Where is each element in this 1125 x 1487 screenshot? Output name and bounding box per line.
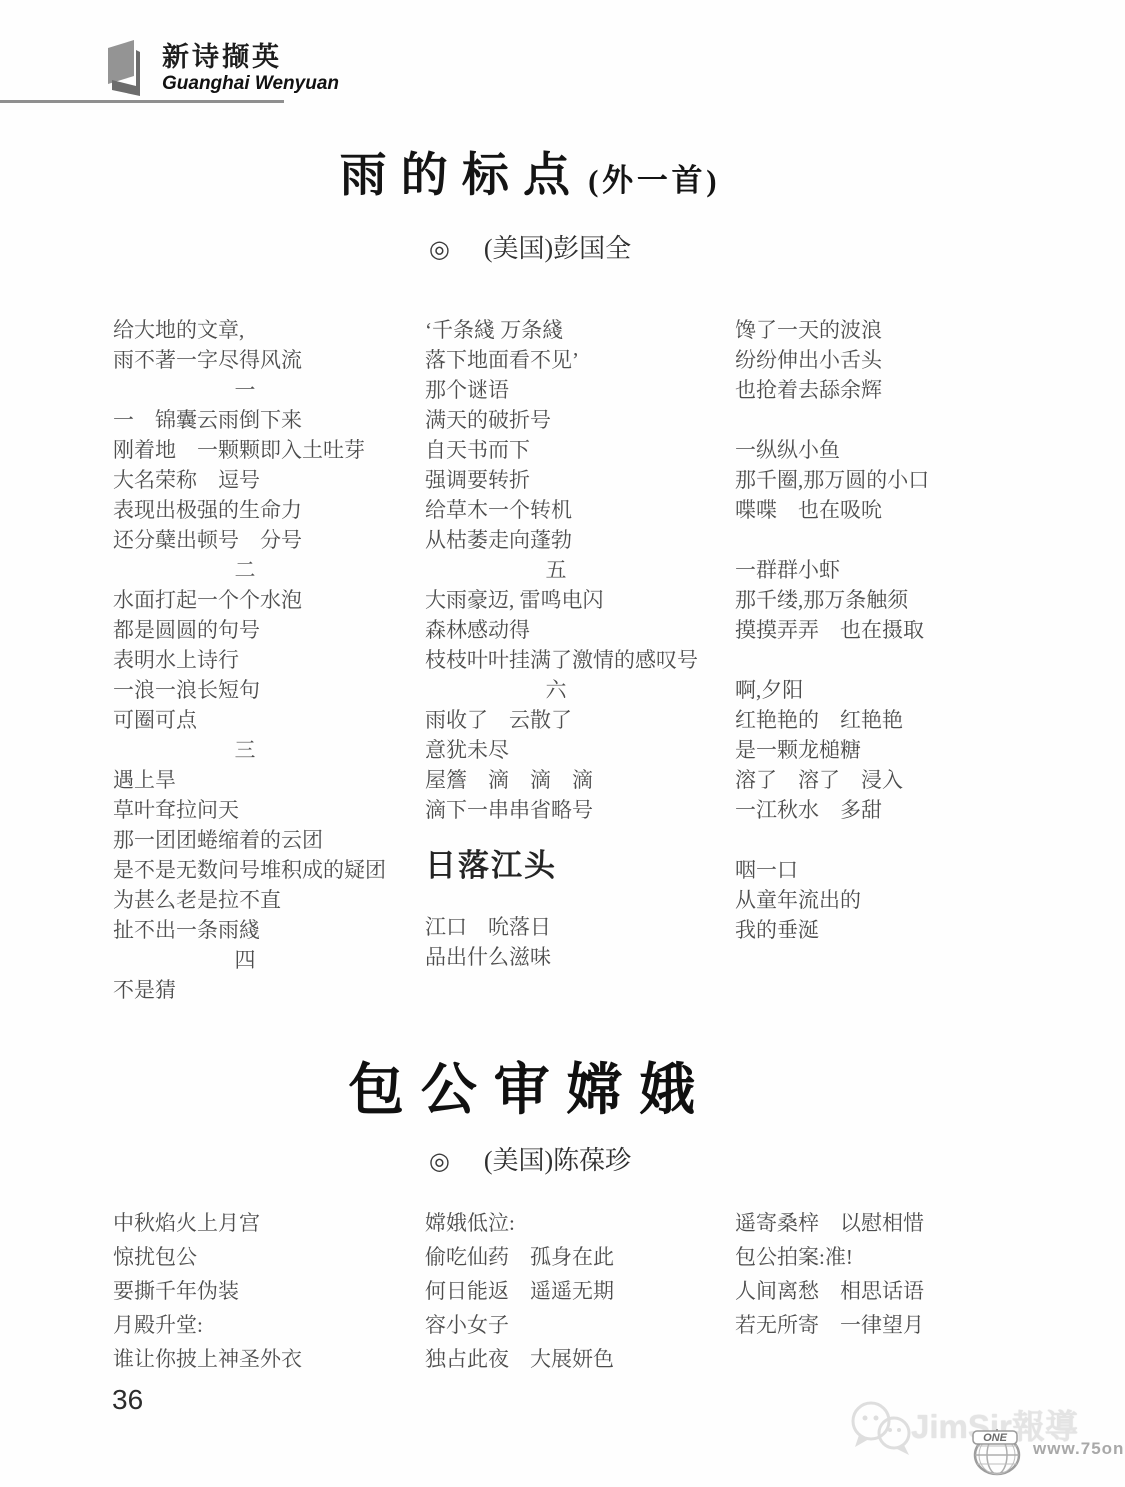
poem-line: 那个谜语: [425, 375, 735, 405]
poem-line: 屋簷 滴 滴 滴: [425, 765, 735, 795]
poem2-column-1: 中秋焰火上月宫惊扰包公要撕千年伪装月殿升堂:谁让你披上神圣外衣: [113, 1206, 425, 1376]
poem-line: 嫦娥低泣:: [425, 1206, 735, 1240]
poem-line: 独占此夜 大展妍色: [425, 1342, 735, 1376]
poem2-author: ◎(美国)陈葆珍: [0, 1140, 1060, 1177]
stanza-gap: [735, 645, 1013, 675]
poem-line: 江口 吮落日: [425, 912, 735, 942]
poem-line: 谁让你披上神圣外衣: [113, 1342, 425, 1376]
poem-line: 一群群小虾: [735, 555, 1013, 585]
poem-line: 从枯萎走向蓬勃: [425, 525, 735, 555]
poem-line: 那一团团蜷缩着的云团: [113, 825, 425, 855]
poem-line: 可圈可点: [113, 705, 425, 735]
poem-line: 中秋焰火上月宫: [113, 1206, 425, 1240]
poem-line: 为甚么老是拉不直: [113, 885, 425, 915]
poem1-author: ◎(美国)彭国全: [0, 228, 1060, 265]
poem-line: 咽一口: [735, 855, 1013, 885]
poem-line: 人间离愁 相思话语: [735, 1274, 1013, 1308]
poem-line: 一浪一浪长短句: [113, 675, 425, 705]
open-book-icon: [104, 38, 152, 98]
watermark: JimSir報導 ONE www.75one.cn: [845, 1387, 1125, 1487]
stanza-number: 三: [113, 735, 425, 765]
poem-line: 也抢着去舔余辉: [735, 375, 1013, 405]
poem-line: ‘千条綫 万条綫: [425, 315, 735, 345]
poem-line: 一江秋水 多甜: [735, 795, 1013, 825]
poem-line: 还分蘖出顿号 分号: [113, 525, 425, 555]
poem-line: 强调要转折: [425, 465, 735, 495]
poem-line: 是不是无数问号堆积成的疑团: [113, 855, 425, 885]
poem-line: 那千缕,那万条触须: [735, 585, 1013, 615]
poem-line: 品出什么滋味: [425, 942, 735, 972]
chat-bubbles-icon: [847, 1399, 919, 1461]
poem-line: 摸摸弄弄 也在摄取: [735, 615, 1013, 645]
poem-line: 自天书而下: [425, 435, 735, 465]
poem-line: 表现出极强的生命力: [113, 495, 425, 525]
poem1-title: 雨的标点(外一首): [0, 138, 1060, 205]
poem-line: 纷纷伸出小舌头: [735, 345, 1013, 375]
watermark-url: www.75one.cn: [1033, 1439, 1125, 1459]
poem-line: 那千圈,那万圆的小口: [735, 465, 1013, 495]
poem-line: 是一颗龙槌糖: [735, 735, 1013, 765]
poem-line: 水面打起一个个水泡: [113, 585, 425, 615]
poem-line: 馋了一天的波浪: [735, 315, 1013, 345]
poem-line: 若无所寄 一律望月: [735, 1308, 1013, 1342]
poem-line: 要撕千年伪装: [113, 1274, 425, 1308]
poem1-author-name: (美国)彭国全: [484, 234, 631, 263]
stanza-gap: [735, 825, 1013, 855]
poem-line: 森林感动得: [425, 615, 735, 645]
poem-line: 满天的破折号: [425, 405, 735, 435]
poem-line: 包公拍案:准!: [735, 1240, 1013, 1274]
poem1-column-3: 馋了一天的波浪纷纷伸出小舌头也抢着去舔余辉一纵纵小鱼那千圈,那万圆的小口喋喋 也…: [735, 315, 1013, 1005]
brand-title: 新诗撷英: [162, 42, 339, 72]
poem-line: 遇上旱: [113, 765, 425, 795]
poem-line: 给大地的文章,: [113, 315, 425, 345]
poem-line: 大雨豪迈, 雷鸣电闪: [425, 585, 735, 615]
watermark-one-label: ONE: [983, 1432, 1008, 1444]
brand-text: 新诗撷英 Guanghai Wenyuan: [162, 42, 339, 96]
poem-line: 何日能返 遥遥无期: [425, 1274, 735, 1308]
poem-line: 一 锦囊云雨倒下来: [113, 405, 425, 435]
poem-line: 都是圆圆的句号: [113, 615, 425, 645]
poem-line: 惊扰包公: [113, 1240, 425, 1274]
poem-line: 我的垂涎: [735, 915, 1013, 945]
poem-line: 一纵纵小鱼: [735, 435, 1013, 465]
poem-line: 刚着地 一颗颗即入土吐芽: [113, 435, 425, 465]
poem-line: 枝枝叶叶挂满了激情的感叹号: [425, 645, 735, 675]
poem1-title-suffix: (外一首): [588, 163, 720, 198]
stanza-gap: [735, 405, 1013, 435]
poem-line: 雨不著一字尽得风流: [113, 345, 425, 375]
brand-header: 新诗撷英 Guanghai Wenyuan: [104, 38, 339, 98]
poem2-columns: 中秋焰火上月宫惊扰包公要撕千年伪装月殿升堂:谁让你披上神圣外衣 嫦娥低泣:偷吃仙…: [113, 1206, 1103, 1376]
poem1-column-1: 给大地的文章,雨不著一字尽得风流一一 锦囊云雨倒下来刚着地 一颗颗即入土吐芽大名…: [113, 315, 425, 1005]
poem-line: 啊,夕阳: [735, 675, 1013, 705]
poem-line: 落下地面看不见’: [425, 345, 735, 375]
stanza-gap: [735, 525, 1013, 555]
stanza-number: 五: [425, 555, 735, 585]
poem-line: 溶了 溶了 浸入: [735, 765, 1013, 795]
stanza-number: 四: [113, 945, 425, 975]
poem-line: 从童年流出的: [735, 885, 1013, 915]
stanza-number: 一: [113, 375, 425, 405]
poem-line: 偷吃仙药 孤身在此: [425, 1240, 735, 1274]
globe-one-icon: ONE: [967, 1427, 1029, 1479]
poem-line: 遥寄桑梓 以慰相惜: [735, 1206, 1013, 1240]
poem-line: 雨收了 云散了: [425, 705, 735, 735]
poem2-column-3: 遥寄桑梓 以慰相惜包公拍案:准!人间离愁 相思话语若无所寄 一律望月: [735, 1206, 1013, 1376]
stanza-number: 二: [113, 555, 425, 585]
page-number: 36: [112, 1384, 143, 1416]
poem-line: 扯不出一条雨綫: [113, 915, 425, 945]
poem-line: 容小女子: [425, 1308, 735, 1342]
poem-line: 草叶耷拉问天: [113, 795, 425, 825]
stanza-number: 六: [425, 675, 735, 705]
poem1-column-2: ‘千条綫 万条綫落下地面看不见’那个谜语满天的破折号自天书而下强调要转折给草木一…: [425, 315, 735, 1005]
poem1-title-main: 雨的标点: [340, 150, 584, 202]
poem-line: 给草木一个转机: [425, 495, 735, 525]
author-mark-icon: ◎: [429, 237, 450, 263]
poem-line: 表明水上诗行: [113, 645, 425, 675]
poem2-column-2: 嫦娥低泣:偷吃仙药 孤身在此何日能返 遥遥无期容小女子独占此夜 大展妍色: [425, 1206, 735, 1376]
poem1-subtitle: 日落江头: [425, 847, 735, 885]
poem-line: 红艳艳的 红艳艳: [735, 705, 1013, 735]
poem-line: 不是猜: [113, 975, 425, 1005]
header-rule: [0, 100, 284, 103]
poem-line: 大名荣称 逗号: [113, 465, 425, 495]
poem2-author-name: (美国)陈葆珍: [484, 1146, 631, 1175]
author-mark-icon: ◎: [429, 1149, 450, 1175]
poem2-title: 包公审嫦娥: [0, 1046, 1060, 1126]
poem1-columns: 给大地的文章,雨不著一字尽得风流一一 锦囊云雨倒下来刚着地 一颗颗即入土吐芽大名…: [113, 315, 1103, 1005]
poem-line: 滴下一串串省略号: [425, 795, 735, 825]
poem1-col2-stanzas: ‘千条綫 万条綫落下地面看不见’那个谜语满天的破折号自天书而下强调要转折给草木一…: [425, 315, 735, 825]
poem1-col2-stanzas-2: 江口 吮落日品出什么滋味: [425, 912, 735, 972]
brand-subtitle: Guanghai Wenyuan: [162, 72, 339, 96]
poem-line: 喋喋 也在吸吮: [735, 495, 1013, 525]
poem-line: 月殿升堂:: [113, 1308, 425, 1342]
magazine-page: 新诗撷英 Guanghai Wenyuan 雨的标点(外一首) ◎(美国)彭国全…: [0, 0, 1125, 1487]
poem-line: 意犹未尽: [425, 735, 735, 765]
